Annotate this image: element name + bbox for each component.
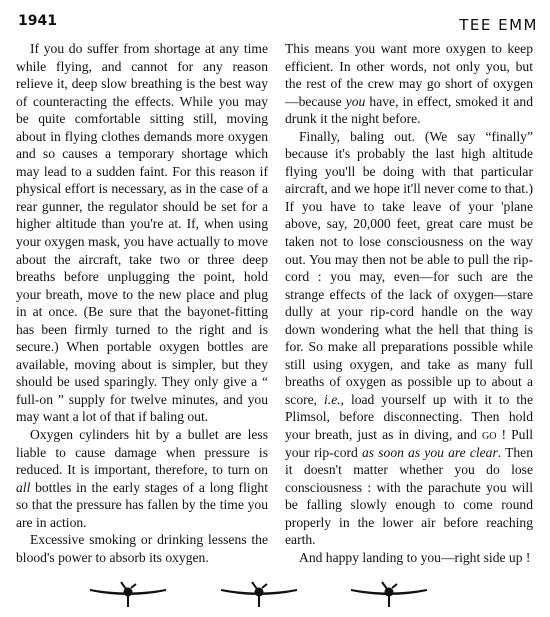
paragraph: Oxygen cylinders hit by a bullet are les… bbox=[16, 426, 268, 531]
paragraph: If you do suffer from shortage at any ti… bbox=[16, 40, 268, 426]
emphasis: all bbox=[16, 480, 30, 495]
aircraft-silhouette-icon bbox=[219, 580, 299, 610]
footer-ornament bbox=[0, 580, 550, 610]
masthead-title: TEE EMM bbox=[459, 16, 538, 34]
page-header: 1941 TEE EMM bbox=[18, 10, 538, 36]
aircraft-silhouette-icon bbox=[349, 580, 429, 610]
small-caps-go: go bbox=[482, 427, 496, 442]
right-column: This means you want more oxygen to keep … bbox=[285, 40, 533, 566]
page-year: 1941 bbox=[18, 13, 57, 29]
paragraph: And happy landing to you—right side up ! bbox=[285, 549, 533, 567]
paragraph: Finally, baling out. (We say “finally” b… bbox=[285, 128, 533, 549]
emphasis: you bbox=[346, 94, 366, 109]
paragraph: This means you want more oxygen to keep … bbox=[285, 40, 533, 128]
left-column: If you do suffer from shortage at any ti… bbox=[16, 40, 268, 566]
emphasis: i.e. bbox=[324, 392, 341, 407]
paragraph: Excessive smoking or drinking lessens th… bbox=[16, 531, 268, 566]
emphasis: as soon as you are clear bbox=[362, 445, 498, 460]
text-run: Oxygen cylinders hit by a bullet are les… bbox=[16, 427, 268, 477]
aircraft-silhouette-icon bbox=[88, 580, 168, 610]
text-run: bottles in the early stages of a long fl… bbox=[16, 480, 268, 530]
text-run: Finally, baling out. (We say “finally” b… bbox=[285, 129, 533, 407]
